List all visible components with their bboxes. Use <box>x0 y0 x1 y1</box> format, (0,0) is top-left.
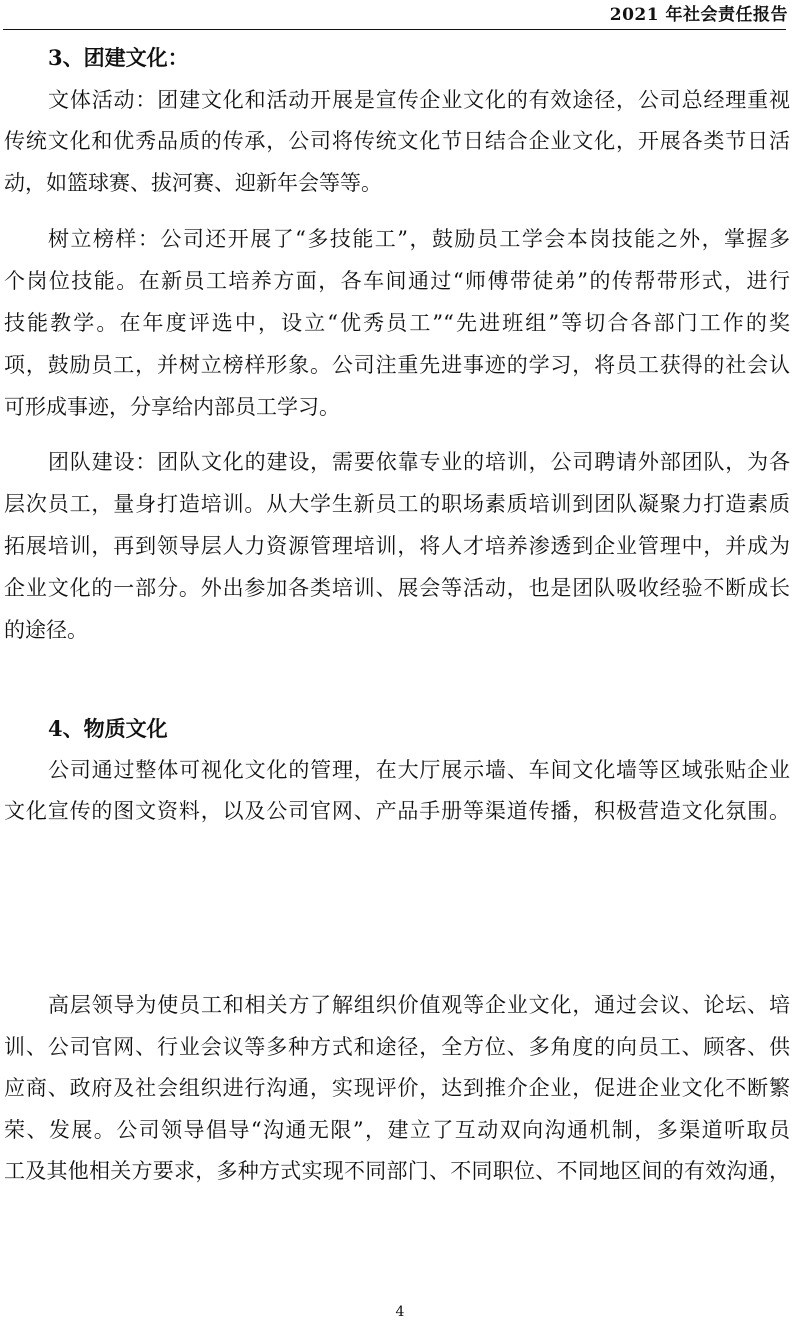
paragraph-line: 拓展培训，再到领导层人力资源管理培训，将人才培养渗透到企业管理中，并成为 <box>4 526 790 567</box>
paragraph-line: 文体活动：团建文化和活动开展是宣传企业文化的有效途径，公司总经理重视 <box>48 80 790 121</box>
paragraph-line: 企业文化的一部分。外出参加各类培训、展会等活动，也是团队吸收经验不断成长 <box>4 568 790 609</box>
paragraph-line: 应商、政府及社会组织进行沟通，实现评价，达到推介企业，促进企业文化不断繁 <box>4 1068 790 1109</box>
paragraph-line: 动，如篮球赛、拔河赛、迎新年会等等。 <box>4 163 790 204</box>
paragraph-line: 传统文化和优秀品质的传承，公司将传统文化节日结合企业文化，开展各类节日活 <box>4 121 790 162</box>
paragraph-line: 团队建设：团队文化的建设，需要依靠专业的培训，公司聘请外部团队，为各 <box>48 442 790 483</box>
paragraph-line: 荣、发展。公司领导倡导“沟通无限”，建立了互动双向沟通机制，多渠道听取员 <box>4 1110 790 1151</box>
paragraph-line: 工及其他相关方要求，多种方式实现不同部门、不同职位、不同地区间的有效沟通， <box>4 1151 790 1192</box>
paragraph-line: 树立榜样：公司还开展了“多技能工”，鼓励员工学会本岗技能之外，掌握多 <box>48 219 790 260</box>
section-heading-team-culture: 3、团建文化： <box>48 37 790 78</box>
section-heading-material-culture: 4、物质文化 <box>48 708 790 749</box>
page-number: 4 <box>0 1302 800 1322</box>
paragraph-line: 公司通过整体可视化文化的管理，在大厅展示墙、车间文化墙等区域张贴企业 <box>48 750 790 791</box>
report-title: 2021 年社会责任报告 <box>610 4 788 26</box>
paragraph-line: 训、公司官网、行业会议等多种方式和途径，全方位、多角度的向员工、顾客、供 <box>4 1027 790 1068</box>
paragraph-line: 可形成事迹，分享给内部员工学习。 <box>4 387 790 428</box>
paragraph-line: 文化宣传的图文资料，以及公司官网、产品手册等渠道传播，积极营造文化氛围。 <box>4 791 790 832</box>
paragraph-line: 个岗位技能。在新员工培养方面，各车间通过“师傅带徒弟”的传帮带形式，进行 <box>4 261 790 302</box>
paragraph-line: 技能教学。在年度评选中，设立“优秀员工”“先进班组”等切合各部门工作的奖 <box>4 303 790 344</box>
paragraph-line: 的途径。 <box>4 610 790 651</box>
paragraph-line: 项，鼓励员工，并树立榜样形象。公司注重先进事迹的学习，将员工获得的社会认 <box>4 345 790 386</box>
paragraph-line: 层次员工，量身打造培训。从大学生新员工的职场素质培训到团队凝聚力打造素质 <box>4 484 790 525</box>
header-divider <box>3 29 786 30</box>
paragraph-line: 高层领导为使员工和相关方了解组织价值观等企业文化，通过会议、论坛、培 <box>48 985 790 1026</box>
